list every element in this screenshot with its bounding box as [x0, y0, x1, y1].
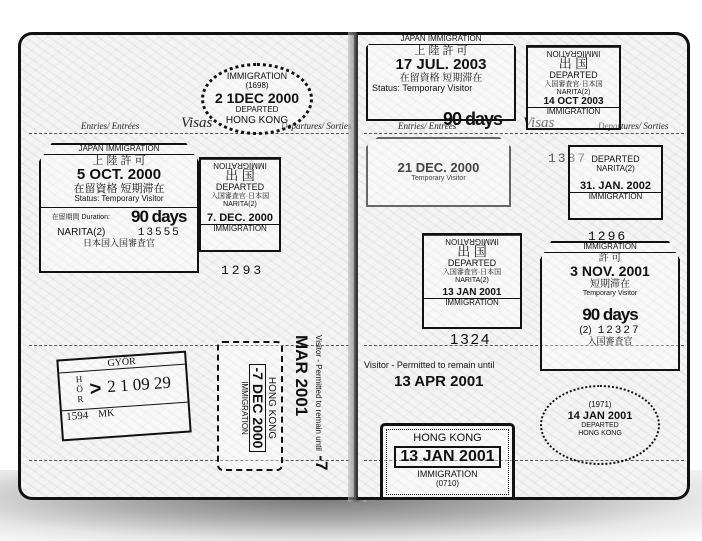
stamp-footer: IMMIGRATION [570, 192, 661, 202]
stamp-kanji-status: 短期滞在 [542, 279, 678, 290]
stamp-header: JAPAN IMMIGRATION [368, 35, 514, 45]
visitor-permit-stamp: Visitor - Permitted to remain until -7 M… [271, 335, 351, 485]
stamp-date: 14 JAN 2001 [542, 410, 658, 422]
stamp-date: 2 1DEC 2000 [204, 91, 310, 106]
stamp-date: 14 OCT 2003 [528, 96, 619, 107]
stamp-status: Temporary Visitor [368, 175, 509, 183]
japan-landing-permission-stamp: JAPAN IMMIGRATION 上 陸 許 可 5 OCT. 2000 在留… [39, 143, 199, 273]
stamp-kanji: 出 国 [528, 57, 619, 71]
stamp-header: IMMIGRATION [201, 159, 279, 169]
stamp-duration: 90 days [131, 208, 186, 227]
stamp-footer: IMMIGRATION [528, 107, 619, 117]
stamp-place: HONG KONG [204, 115, 310, 126]
visitor-permit-stamp: Visitor - Permitted to remain until 13 A… [364, 355, 524, 391]
stamp-number: 12327 [598, 325, 641, 337]
stamp-kanji: 出 国 [201, 169, 279, 183]
stamp-status: DEPARTED [542, 422, 658, 430]
stamp-port: NARITA(2) [424, 277, 520, 285]
hk-departure-oval-stamp: (1971) 14 JAN 2001 DEPARTED HONG KONG [540, 385, 660, 465]
stamp-date: -7 MAR 2001 [292, 335, 331, 470]
stamp-port: NARITA(2) [570, 165, 661, 174]
hk-departure-oval-stamp: IMMIGRATION (1698) 2 1DEC 2000 DEPARTED … [201, 63, 313, 135]
stamp-date: 5 OCT. 2000 [41, 167, 197, 184]
stamp-number: 1594 [66, 409, 89, 423]
stamp-port: NARITA(2) [528, 89, 619, 97]
stamp-date: 31. JAN. 2002 [570, 180, 661, 192]
stamp-text: Visitor - Permitted to remain until [364, 360, 494, 370]
stamp-footer: 日本国入国審査官 [41, 239, 197, 249]
entries-label: Entries/ Entrées [81, 121, 139, 131]
stamp-footer: IMMIGRATION [201, 224, 279, 234]
stamp-date: 2 1 09 29 [107, 374, 172, 397]
stamp-duration-label: 在留期間 Duration: [52, 214, 110, 222]
stamp-status: Temporary Visitor [542, 290, 678, 298]
stamp-port: (2) [579, 325, 591, 337]
stamp-date: 7. DEC. 2000 [201, 212, 279, 224]
stamp-status: DEPARTED [204, 106, 310, 115]
stamp-date: 13 JAN 2001 [424, 287, 520, 298]
narita-departure-stamp: DEPARTED NARITA(2) 31. JAN. 2002 IMMIGRA… [568, 145, 663, 220]
narita-departure-stamp: IMMIGRATION 出 国 DEPARTED 入国審査官·日本国 NARIT… [199, 157, 281, 252]
passport: Entries/ Entrées Visas Departures/ Sorti… [18, 32, 690, 502]
stamp-text: Visitor - Permitted to remain until [314, 335, 323, 451]
stamp-status: Status: Temporary Visitor [368, 84, 514, 94]
stamp-kanji: 出 国 [424, 245, 520, 259]
stamp-date: 3 NOV. 2001 [542, 264, 678, 279]
hk-arrival-stamp: HONG KONG 13 JAN 2001 IMMIGRATION (0710) [380, 423, 515, 500]
stamp-kanji-sub: 入国審査官·日本国 [201, 193, 279, 201]
handwritten-number: 1324 [450, 331, 491, 348]
stamp-status: Status: Temporary Visitor [41, 195, 197, 204]
stamp-header: IMMIGRATION [542, 243, 678, 253]
stamp-label: IMMIGRATION [239, 343, 248, 473]
stamp-header: JAPAN IMMIGRATION [41, 145, 197, 155]
faded-landing-stamp: 21 DEC. 2000 Temporary Visitor [366, 137, 511, 207]
stamp-date: 17 JUL. 2003 [368, 57, 514, 74]
stamp-status: DEPARTED [528, 71, 619, 81]
divider [364, 133, 684, 134]
divider [29, 133, 349, 134]
stamp-place: HONG KONG [542, 430, 658, 438]
hungary-border-stamp: GYŐR H Ö R > 2 1 09 29 1594 MK [56, 351, 191, 442]
stamp-date: -7 DEC 2000 [249, 364, 266, 453]
stamp-code: MK [98, 407, 115, 420]
stamp-status: DEPARTED [201, 183, 279, 193]
stamp-header: IMMIGRATION [528, 47, 619, 57]
japan-landing-permission-stamp: IMMIGRATION 許 可 3 NOV. 2001 短期滞在 Tempora… [540, 241, 680, 371]
right-page: Entries/ Entrées Visas Departures/ Sorti… [356, 32, 690, 500]
stamp-kanji-sub: 入国審査官·日本国 [424, 269, 520, 277]
stamp-footer: 入国審査官 [542, 337, 678, 347]
stamp-date: 21 DEC. 2000 [368, 161, 509, 175]
stamp-side-letters: H Ö R [75, 375, 85, 405]
stamp-code: (1971) [542, 401, 658, 410]
stamp-header: IMMIGRATION [424, 235, 520, 245]
stamp-duration: 90 days [542, 306, 678, 325]
narita-departure-stamp: IMMIGRATION 出 国 DEPARTED 入国審査官·日本国 NARIT… [422, 233, 522, 329]
narita-departure-stamp: IMMIGRATION 出 国 DEPARTED 入国審査官·日本国 NARIT… [526, 45, 621, 130]
stamp-footer: IMMIGRATION [424, 298, 520, 308]
stamp-port: NARITA(2) [201, 201, 279, 209]
stamp-kanji-sub: 入国審査官·日本国 [528, 81, 619, 89]
left-page: Entries/ Entrées Visas Departures/ Sorti… [18, 32, 356, 500]
handwritten-number: 1293 [221, 263, 264, 278]
stamp-date: 13 APR 2001 [364, 373, 484, 390]
duration-90-days: 90 days [443, 109, 502, 130]
stamp-status: DEPARTED [424, 259, 520, 269]
entry-arrow-icon: > [89, 377, 102, 400]
